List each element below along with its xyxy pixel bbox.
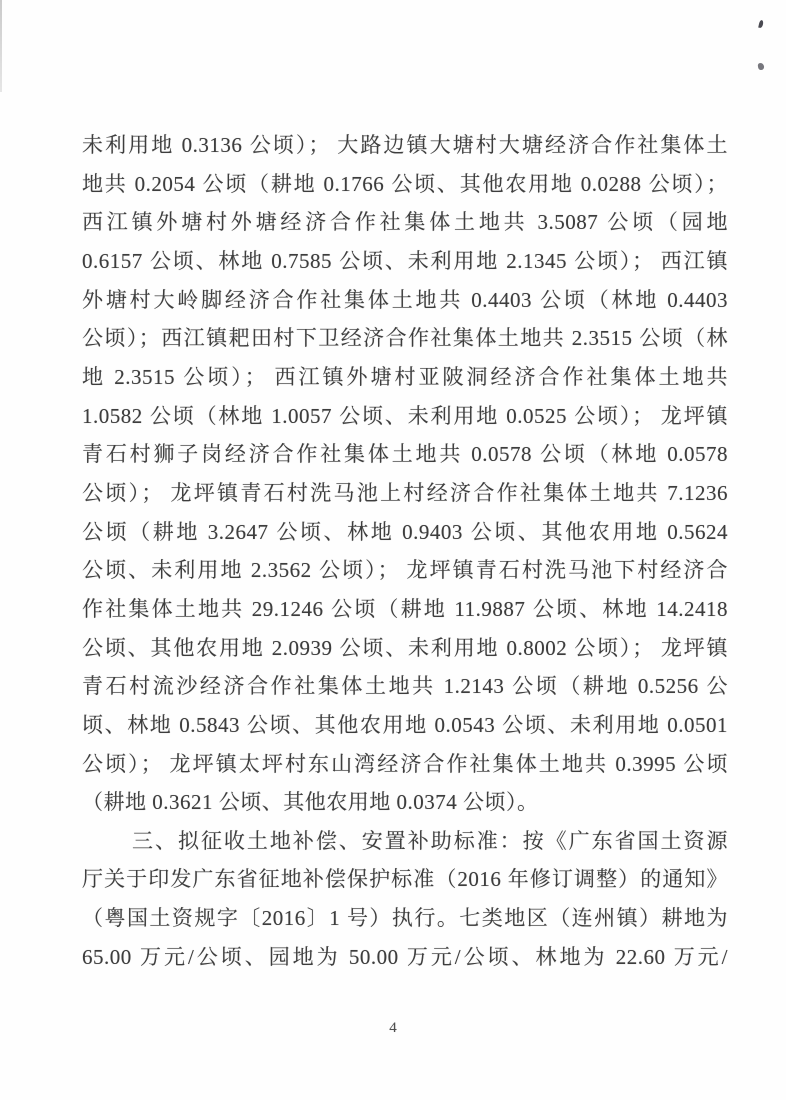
body-text-line: 青石村狮子岗经济合作社集体土地共 0.0578 公顷（林地 0.0578 bbox=[82, 435, 728, 474]
body-text-line: 地 2.3515 公顷）； 西江镇外塘村亚陂洞经济合作社集体土地共 bbox=[82, 358, 728, 397]
page-number: 4 bbox=[0, 1020, 786, 1037]
body-text-line: 未利用地 0.3136 公顷）； 大路边镇大塘村大塘经济合作社集体土 bbox=[82, 126, 728, 165]
body-text-line: 青石村流沙经济合作社集体土地共 1.2143 公顷（耕地 0.5256 公 bbox=[82, 667, 728, 706]
document-page: 未利用地 0.3136 公顷）； 大路边镇大塘村大塘经济合作社集体土 地共 0.… bbox=[0, 0, 786, 1100]
document-body: 未利用地 0.3136 公顷）； 大路边镇大塘村大塘经济合作社集体土 地共 0.… bbox=[82, 126, 728, 976]
body-text-line: 外塘村大岭脚经济合作社集体土地共 0.4403 公顷（林地 0.4403 bbox=[82, 281, 728, 320]
body-text-line: 西江镇外塘村外塘经济合作社集体土地共 3.5087 公顷（园地 bbox=[82, 203, 728, 242]
body-text-line: 顷、林地 0.5843 公顷、其他农用地 0.0543 公顷、未利用地 0.05… bbox=[82, 706, 728, 745]
scan-speck bbox=[758, 63, 765, 71]
body-text-line: 公顷）； 龙坪镇太坪村东山湾经济合作社集体土地共 0.3995 公顷 bbox=[82, 745, 728, 784]
body-text-line: 三、拟征收土地补偿、安置补助标准：按《广东省国土资源 bbox=[82, 822, 728, 861]
body-text-line: 公顷）；西江镇耙田村下卫经济合作社集体土地共 2.3515 公顷（林 bbox=[82, 319, 728, 358]
scan-speck bbox=[758, 20, 764, 29]
body-text-line: 公顷）； 龙坪镇青石村洗马池上村经济合作社集体土地共 7.1236 bbox=[82, 474, 728, 513]
body-text-line: 作社集体土地共 29.1246 公顷（耕地 11.9887 公顷、林地 14.2… bbox=[82, 590, 728, 629]
body-text-line: 1.0582 公顷（林地 1.0057 公顷、未利用地 0.0525 公顷）； … bbox=[82, 397, 728, 436]
body-text-line: （耕地 0.3621 公顷、其他农用地 0.0374 公顷）。 bbox=[82, 783, 728, 822]
body-text-line: 公顷（耕地 3.2647 公顷、林地 0.9403 公顷、其他农用地 0.562… bbox=[82, 513, 728, 552]
body-text-line: 65.00 万元/公顷、园地为 50.00 万元/公顷、林地为 22.60 万元… bbox=[82, 938, 728, 977]
body-text-line: 厅关于印发广东省征地补偿保护标准（2016 年修订调整）的通知》 bbox=[82, 860, 728, 899]
body-text-line: 公顷、未利用地 2.3562 公顷）； 龙坪镇青石村洗马池下村经济合 bbox=[82, 551, 728, 590]
body-text-line: 公顷、其他农用地 2.0939 公顷、未利用地 0.8002 公顷）； 龙坪镇 bbox=[82, 629, 728, 668]
scan-edge-artifact bbox=[0, 0, 2, 92]
body-text-line: 0.6157 公顷、林地 0.7585 公顷、未利用地 2.1345 公顷）； … bbox=[82, 242, 728, 281]
body-text-line: （粤国土资规字〔2016〕1 号）执行。七类地区（连州镇）耕地为 bbox=[82, 899, 728, 938]
body-text-line: 地共 0.2054 公顷（耕地 0.1766 公顷、其他农用地 0.0288 公… bbox=[82, 165, 728, 204]
